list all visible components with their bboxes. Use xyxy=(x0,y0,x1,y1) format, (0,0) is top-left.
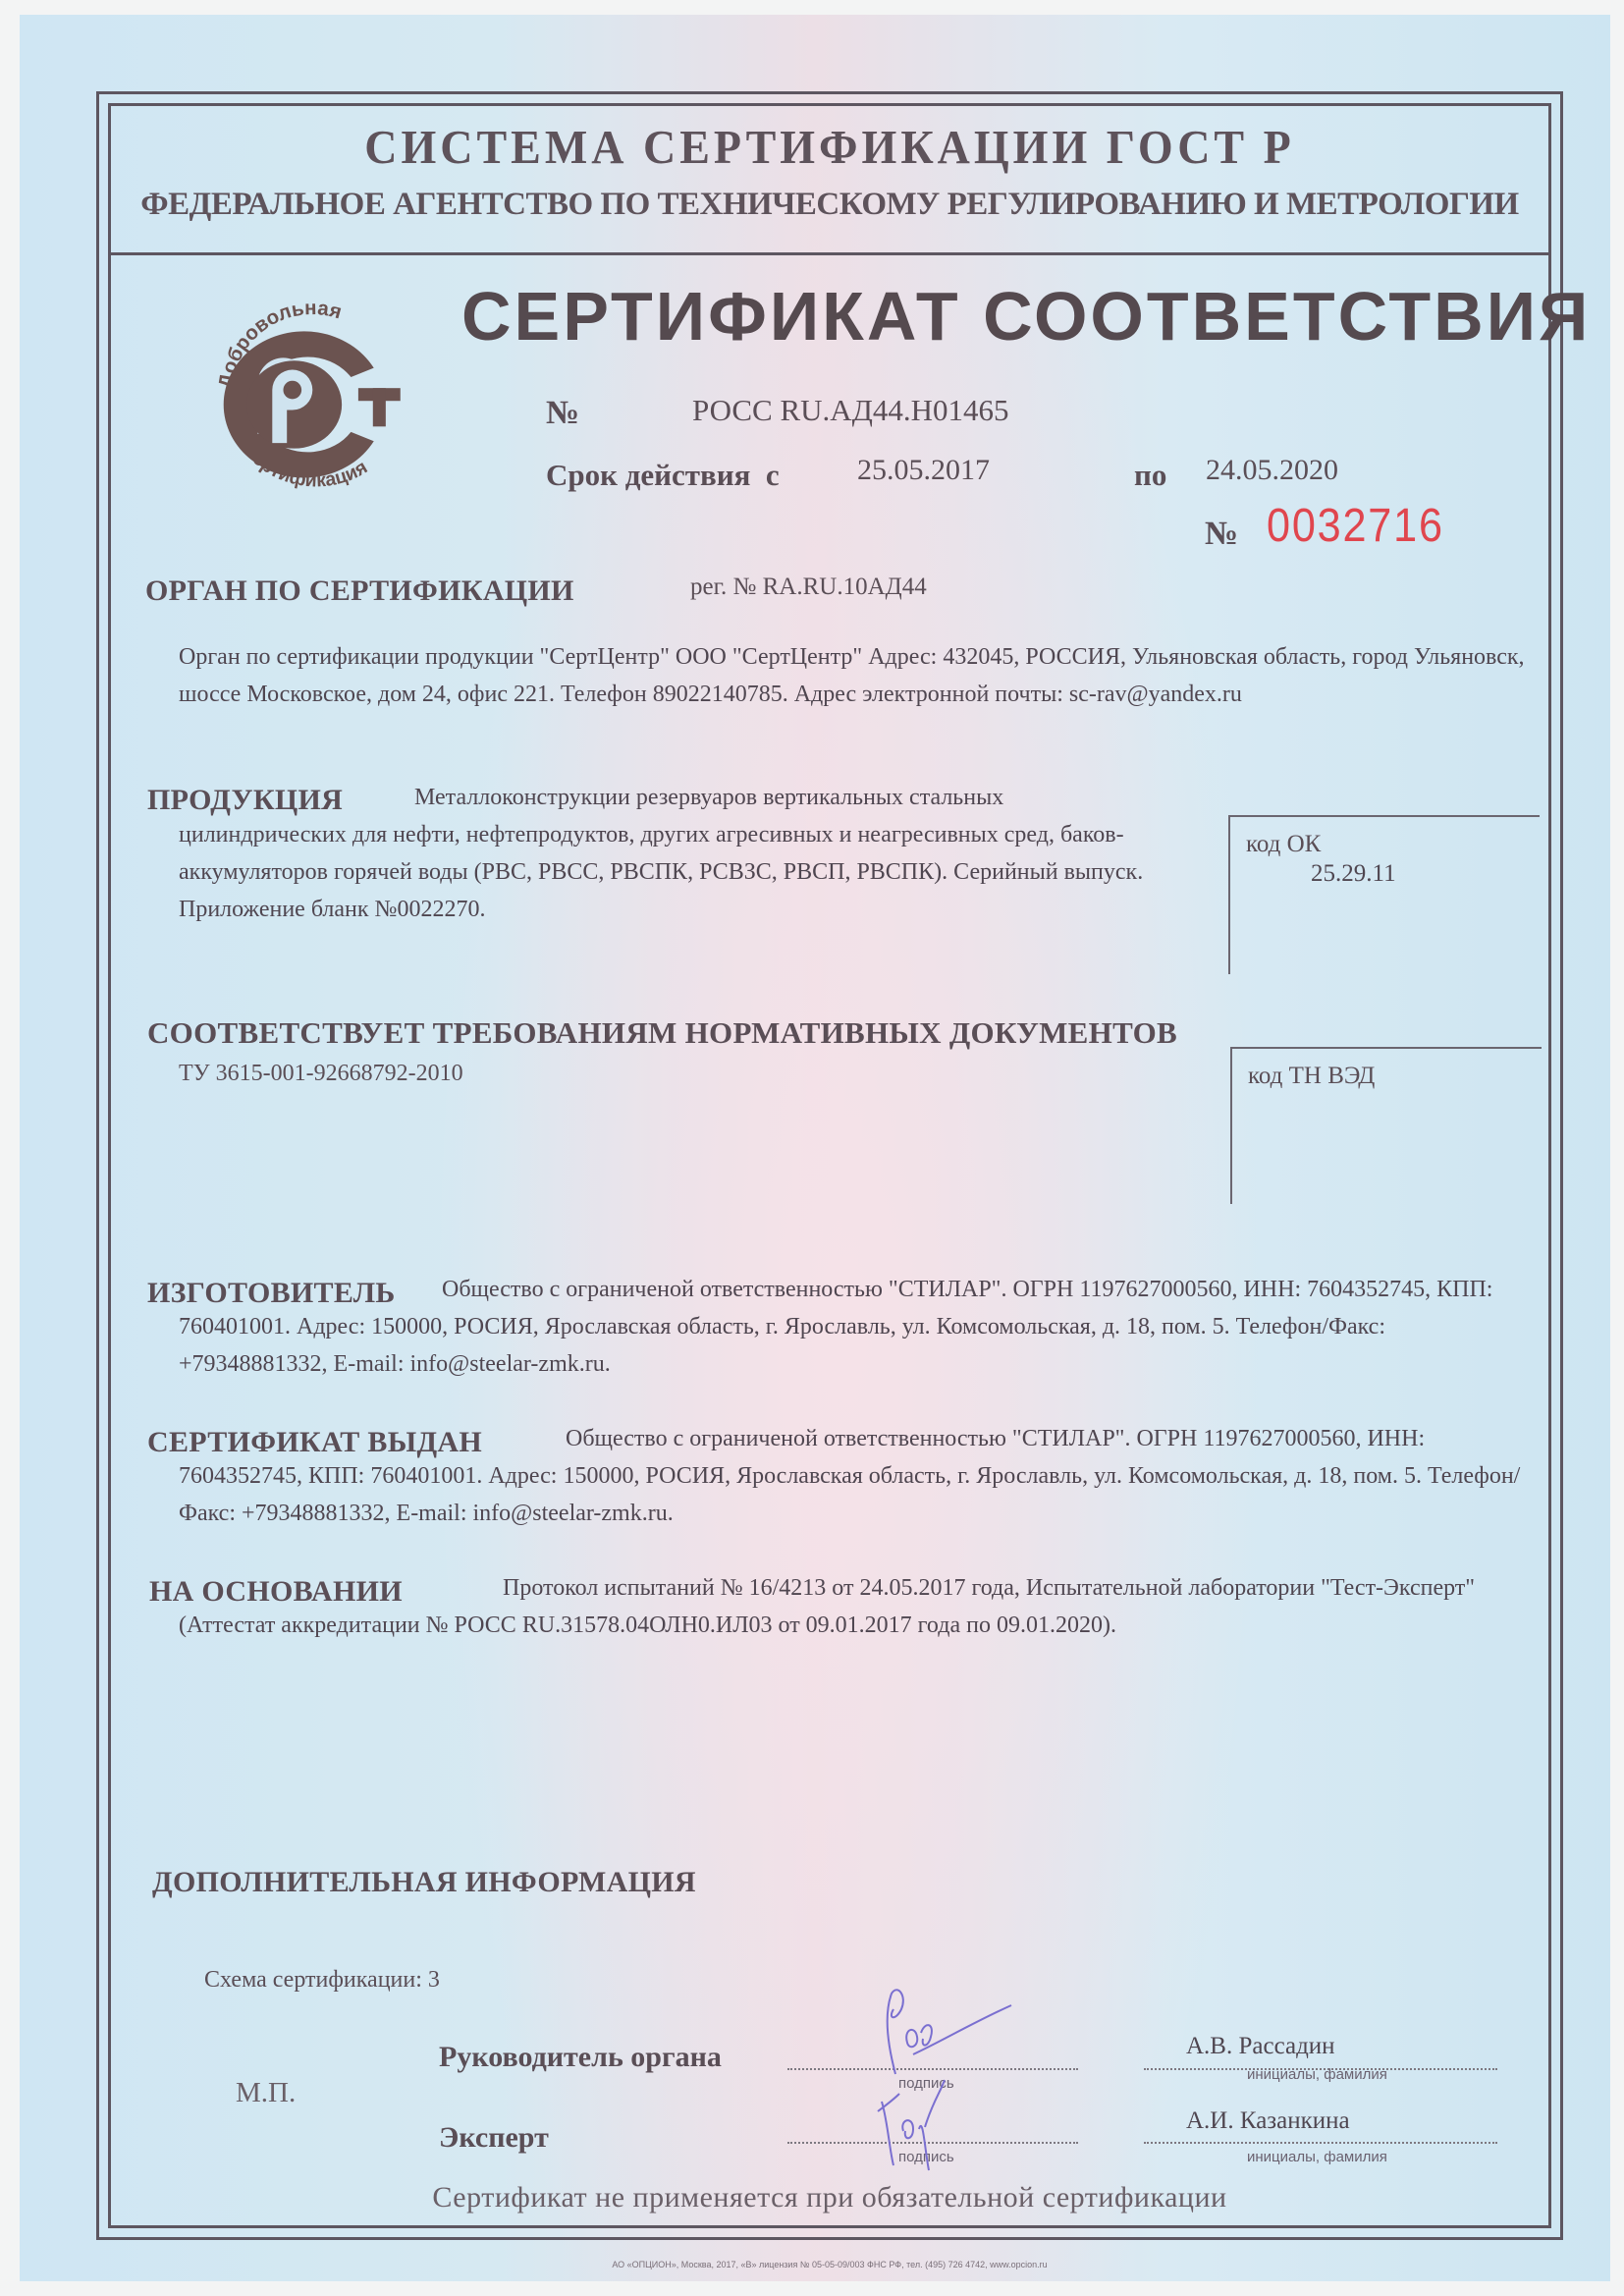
footer-note: Сертификат не применяется при обязательн… xyxy=(108,2181,1551,2214)
head-signature-icon xyxy=(874,1986,1021,2079)
head-name-caption: инициалы, фамилия xyxy=(1247,2066,1387,2083)
head-name: А.В. Рассадин xyxy=(1186,2033,1335,2060)
ok-code-box: код ОК 25.29.11 xyxy=(1228,815,1540,974)
certification-scheme: Схема сертификации: 3 xyxy=(204,1967,440,1994)
certification-body-reg-number: рег. № RA.RU.10АД44 xyxy=(690,574,927,601)
expert-name-line xyxy=(1144,2142,1497,2144)
certificate-number: РОСС RU.АД44.Н01465 xyxy=(692,393,1008,428)
expert-role-label: Эксперт xyxy=(439,2121,549,2155)
manufacturer-text: Общество с ограниченой ответственностью … xyxy=(179,1271,1524,1383)
validity-label: Срок действия с xyxy=(546,458,780,493)
basis-text: Протокол испытаний № 16/4213 от 24.05.20… xyxy=(179,1569,1524,1644)
ok-code-label: код ОК xyxy=(1246,831,1321,858)
certification-body-heading: ОРГАН ПО СЕРТИФИКАЦИИ xyxy=(145,574,574,608)
expert-name-caption: инициалы, фамилия xyxy=(1247,2149,1387,2165)
valid-to-label: по xyxy=(1134,458,1166,493)
valid-to: 24.05.2020 xyxy=(1206,454,1338,487)
tn-ved-code-box: код ТН ВЭД xyxy=(1230,1047,1542,1204)
head-role-label: Руководитель органа xyxy=(439,2041,722,2074)
additional-info-heading: ДОПОЛНИТЕЛЬНАЯ ИНФОРМАЦИЯ xyxy=(152,1866,696,1899)
system-title: СИСТЕМА СЕРТИФИКАЦИИ ГОСТ Р xyxy=(108,120,1551,175)
blank-number: 0032716 xyxy=(1267,499,1444,553)
product-text: Металлоконструкции резервуаров вертикаль… xyxy=(179,779,1161,928)
printer-imprint: АО «ОПЦИОН», Москва, 2017, «В» лицензия … xyxy=(108,2260,1551,2269)
certificate-title: СЕРТИФИКАТ СООТВЕТСТВИЯ xyxy=(461,277,1591,355)
tn-ved-code-label: код ТН ВЭД xyxy=(1248,1063,1375,1090)
header-divider xyxy=(108,252,1551,255)
certification-body-text: Орган по сертификации продукции "СертЦен… xyxy=(179,638,1553,713)
ok-code-value: 25.29.11 xyxy=(1311,860,1396,888)
conformity-heading: СООТВЕТСТВУЕТ ТРЕБОВАНИЯМ НОРМАТИВНЫХ ДО… xyxy=(147,1015,1177,1051)
expert-name: А.И. Казанкина xyxy=(1186,2107,1350,2135)
blank-number-sign: № xyxy=(1205,516,1238,553)
agency-title: ФЕДЕРАЛЬНОЕ АГЕНТСТВО ПО ТЕХНИЧЕСКОМУ РЕ… xyxy=(108,187,1551,223)
valid-from: 25.05.2017 xyxy=(857,454,990,487)
normative-document: ТУ 3615-001-92668792-2010 xyxy=(179,1061,463,1087)
stamp-place: М.П. xyxy=(236,2077,296,2109)
rst-logo-icon: Добровольная сертификация xyxy=(204,297,415,498)
issued-to-text: Общество с ограниченой ответственностью … xyxy=(179,1420,1524,1532)
expert-signature-icon xyxy=(864,2072,972,2180)
number-sign: № xyxy=(546,395,579,432)
